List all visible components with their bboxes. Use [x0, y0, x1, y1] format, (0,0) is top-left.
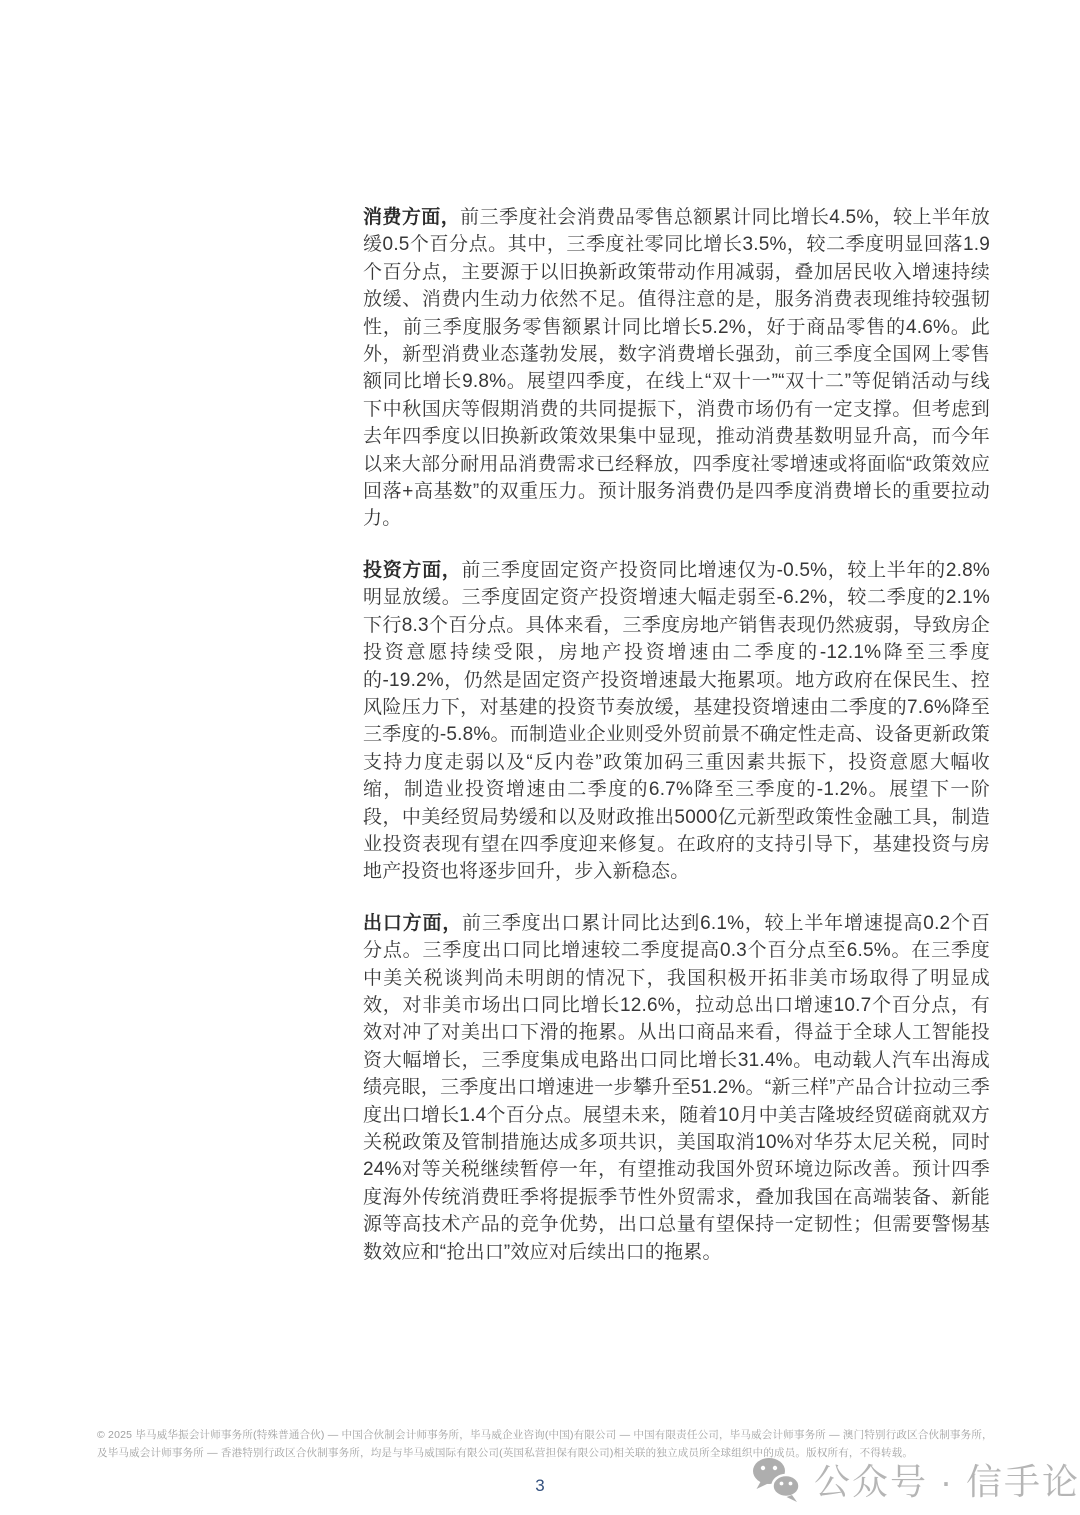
paragraph-text-export: 前三季度出口累计同比达到6.1%，较上半年增速提高0.2个百分点。三季度出口同比…	[363, 913, 990, 1263]
paragraph-export: 出口方面，前三季度出口累计同比达到6.1%，较上半年增速提高0.2个百分点。三季…	[363, 910, 990, 1266]
paragraph-lead-consumption: 消费方面，	[363, 207, 460, 228]
paragraph-investment: 投资方面，前三季度固定资产投资同比增速仅为-0.5%，较上半年的2.8%明显放缓…	[363, 557, 990, 886]
watermark-text: 公众号 · 信手论保	[814, 1454, 1080, 1505]
watermark: 公众号 · 信手论保	[752, 1454, 1080, 1505]
report-body: 消费方面，前三季度社会消费品零售总额累计同比增长4.5%，较上半年放缓0.5个百…	[363, 204, 990, 1290]
paragraph-text-investment: 前三季度固定资产投资同比增速仅为-0.5%，较上半年的2.8%明显放缓。三季度固…	[363, 560, 990, 882]
paragraph-consumption: 消费方面，前三季度社会消费品零售总额累计同比增长4.5%，较上半年放缓0.5个百…	[363, 204, 990, 533]
legal-footer-line1: © 2025 毕马威华振会计师事务所(特殊普通合伙) — 中国合伙制会计师事务所…	[97, 1426, 997, 1444]
paragraph-text-consumption: 前三季度社会消费品零售总额累计同比增长4.5%，较上半年放缓0.5个百分点。其中…	[363, 207, 990, 529]
paragraph-lead-export: 出口方面，	[363, 913, 462, 934]
wechat-icon	[752, 1457, 802, 1503]
paragraph-lead-investment: 投资方面，	[363, 560, 461, 581]
